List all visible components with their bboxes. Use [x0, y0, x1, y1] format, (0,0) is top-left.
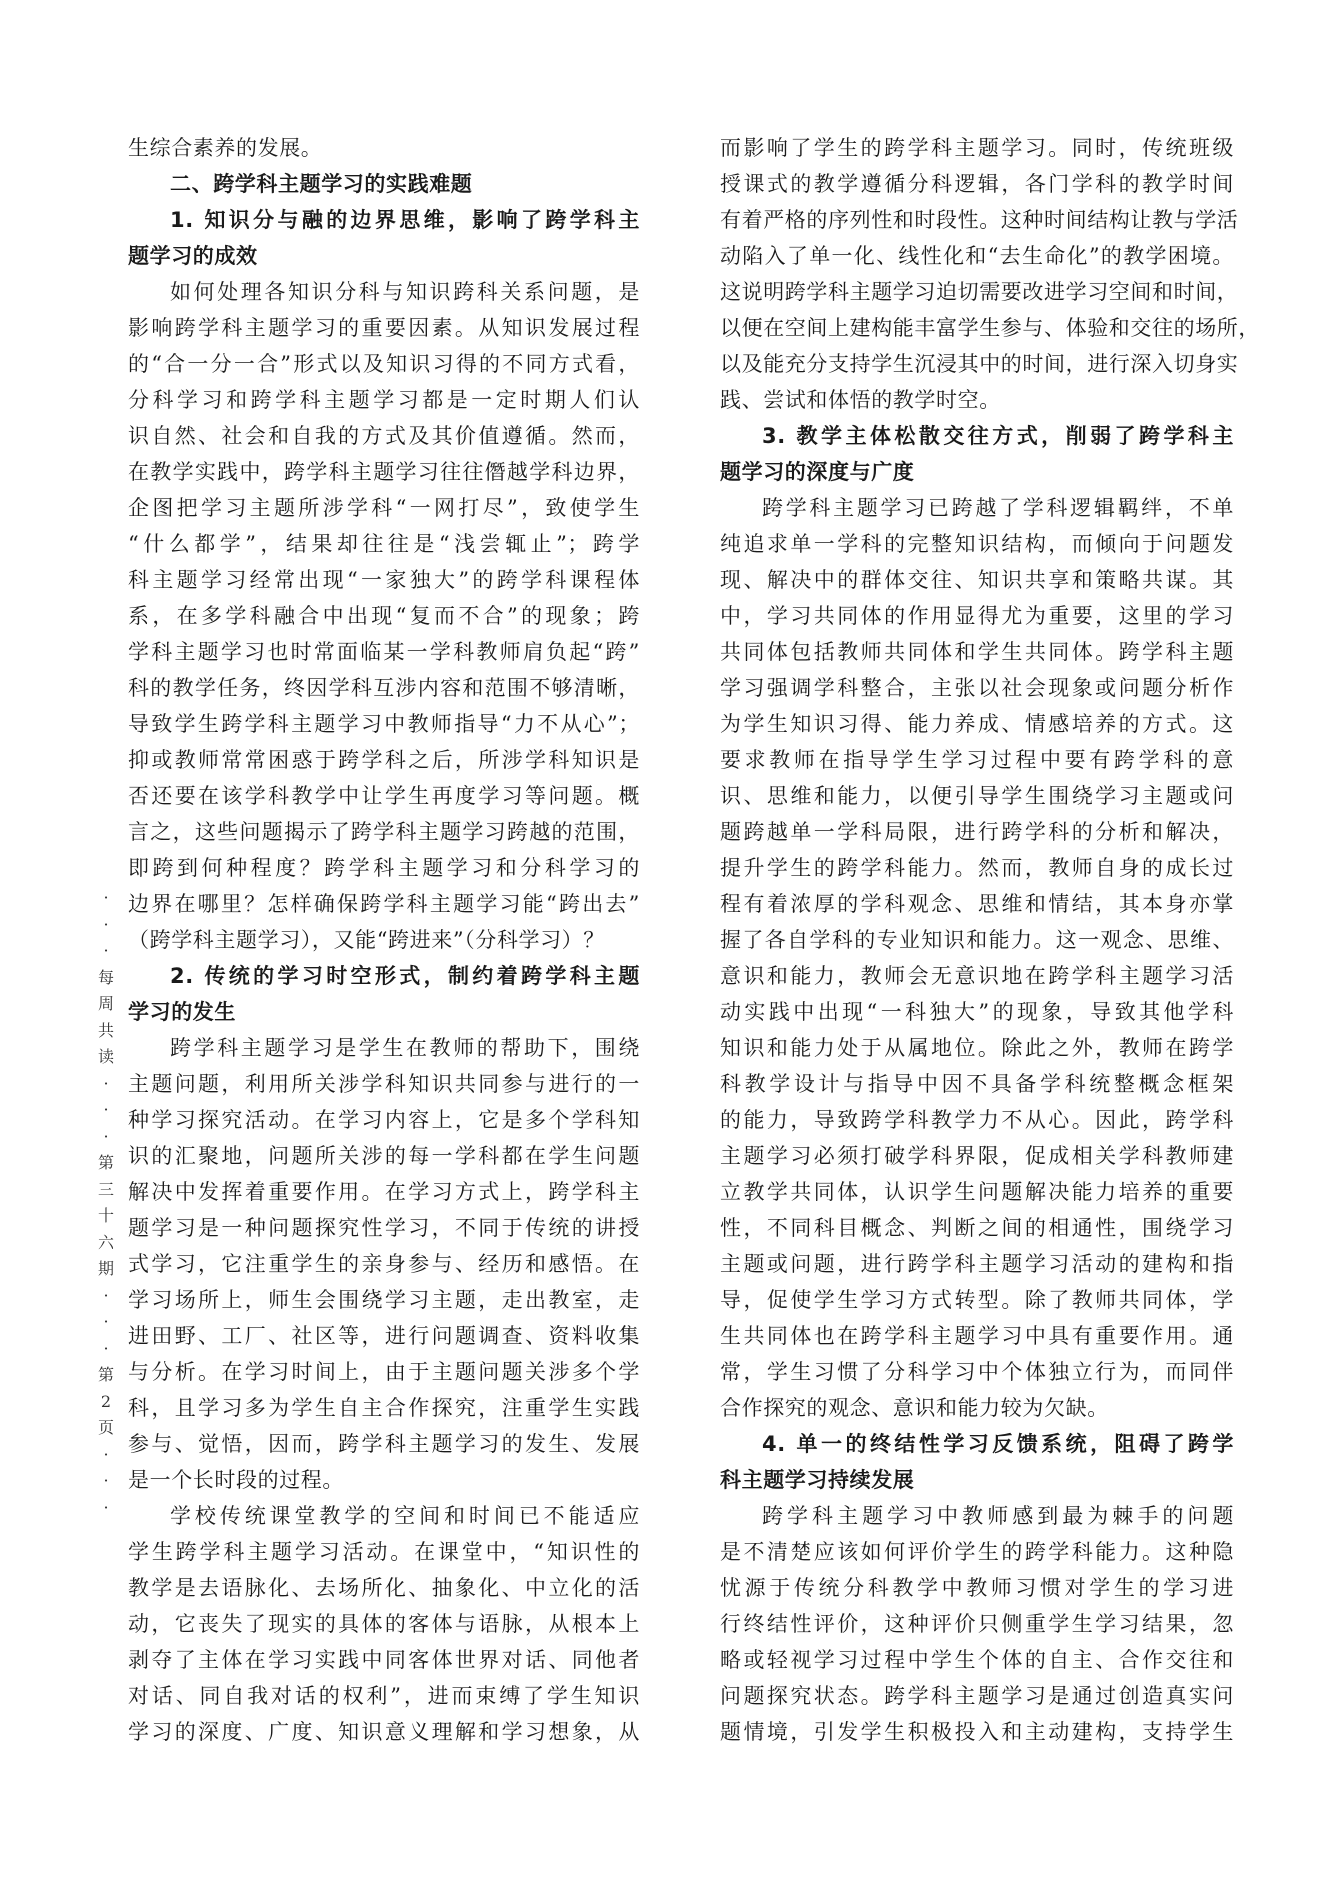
- text-line: 的能力，导致跨学科教学力不从心。因此，跨学科: [720, 1102, 1234, 1138]
- margin-char: 页: [96, 1415, 116, 1442]
- text-line: 跨学科主题学习是学生在教师的帮助下，围绕: [128, 1030, 640, 1066]
- text-line: 教学是去语脉化、去场所化、抽象化、中立化的活: [128, 1570, 640, 1606]
- vertical-margin-label: ···每周共读···第三十六期···第2页···: [96, 885, 116, 1521]
- text-line: 跨学科主题学习中教师感到最为棘手的问题: [720, 1498, 1234, 1534]
- text-line: 现、解决中的群体交往、知识共享和策略共谋。其: [720, 562, 1234, 598]
- text-line: 以及能充分支持学生沉浸其中的时间，进行深入切身实: [720, 346, 1234, 382]
- text-line: 题学习是一种问题探究性学习，不同于传统的讲授: [128, 1210, 640, 1246]
- margin-char: ·: [96, 1336, 116, 1363]
- left-column: 生综合素养的发展。二、跨学科主题学习的实践难题1. 知识分与融的边界思维，影响了…: [128, 130, 640, 1750]
- margin-char: 第: [96, 1362, 116, 1389]
- text-line: 性，不同科目概念、判断之间的相通性，围绕学习: [720, 1210, 1234, 1246]
- margin-char: ·: [96, 885, 116, 912]
- section-heading-line: 3. 教学主体松散交往方式，削弱了跨学科主: [720, 418, 1234, 454]
- text-line: 忧源于传统分科教学中教师习惯对学生的学习进: [720, 1570, 1234, 1606]
- margin-char: 读: [96, 1044, 116, 1071]
- text-line: 如何处理各知识分科与知识跨科关系问题，是: [128, 274, 640, 310]
- text-line: 在教学实践中，跨学科主题学习往往僭越学科边界，: [128, 454, 640, 490]
- text-line: 科，且学习多为学生自主合作探究，注重学生实践: [128, 1390, 640, 1426]
- text-line: 提升学生的跨学科能力。然而，教师自身的成长过: [720, 850, 1234, 886]
- text-line: 跨学科主题学习已跨越了学科逻辑羁绊，不单: [720, 490, 1234, 526]
- section-heading-line: 学习的发生: [128, 994, 640, 1030]
- text-line: 纯追求单一学科的完整知识结构，而倾向于问题发: [720, 526, 1234, 562]
- text-line: 学习强调学科整合，主张以社会现象或问题分析作: [720, 670, 1234, 706]
- text-line: 否还要在该学科教学中让学生再度学习等问题。概: [128, 778, 640, 814]
- margin-char: ·: [96, 912, 116, 939]
- text-line: 是一个长时段的过程。: [128, 1462, 640, 1498]
- text-line: 识、思维和能力，以便引导学生围绕学习主题或问: [720, 778, 1234, 814]
- text-line: 参与、觉悟，因而，跨学科主题学习的发生、发展: [128, 1426, 640, 1462]
- text-line: 动实践中出现“一科独大”的现象，导致其他学科: [720, 994, 1234, 1030]
- text-line: 践、尝试和体悟的教学时空。: [720, 382, 1234, 418]
- margin-char: ·: [96, 1468, 116, 1495]
- text-line: 题情境，引发学生积极投入和主动建构，支持学生: [720, 1714, 1234, 1750]
- text-line: 立教学共同体，认识学生问题解决能力培养的重要: [720, 1174, 1234, 1210]
- text-line: 动，它丧失了现实的具体的客体与语脉，从根本上: [128, 1606, 640, 1642]
- text-line: 识的汇聚地，问题所关涉的每一学科都在学生问题: [128, 1138, 640, 1174]
- text-line: 中，学习共同体的作用显得尤为重要，这里的学习: [720, 598, 1234, 634]
- text-line: 行终结性评价，这种评价只侧重学生学习结果，忽: [720, 1606, 1234, 1642]
- text-line: 要求教师在指导学生学习过程中要有跨学科的意: [720, 742, 1234, 778]
- text-line: 进田野、工厂、社区等，进行问题调查、资料收集: [128, 1318, 640, 1354]
- margin-char: 2: [96, 1389, 116, 1416]
- margin-char: 第: [96, 1150, 116, 1177]
- text-line: 这说明跨学科主题学习迫切需要改进学习空间和时间，: [720, 274, 1234, 310]
- text-line: 与分析。在学习时间上，由于主题问题关涉多个学: [128, 1354, 640, 1390]
- text-line: （跨学科主题学习），又能“跨进来”（分科学习）？: [128, 922, 640, 958]
- text-line: 的“合一分一合”形式以及知识习得的不同方式看，: [128, 346, 640, 382]
- text-line: 即跨到何种程度？跨学科主题学习和分科学习的: [128, 850, 640, 886]
- text-line: 种学习探究活动。在学习内容上，它是多个学科知: [128, 1102, 640, 1138]
- text-line: 言之，这些问题揭示了跨学科主题学习跨越的范围，: [128, 814, 640, 850]
- margin-char: 共: [96, 1018, 116, 1045]
- text-line: 学习的深度、广度、知识意义理解和学习想象，从: [128, 1714, 640, 1750]
- text-line: 常，学生习惯了分科学习中个体独立行为，而同伴: [720, 1354, 1234, 1390]
- text-line: 主题或问题，进行跨学科主题学习活动的建构和指: [720, 1246, 1234, 1282]
- margin-char: 周: [96, 991, 116, 1018]
- text-line: 学科主题学习也时常面临某一学科教师肩负起“跨”: [128, 634, 640, 670]
- margin-char: ·: [96, 1283, 116, 1310]
- text-line: 题跨越单一学科局限，进行跨学科的分析和解决，: [720, 814, 1234, 850]
- section-heading-line: 1. 知识分与融的边界思维，影响了跨学科主: [128, 202, 640, 238]
- text-line: 影响跨学科主题学习的重要因素。从知识发展过程: [128, 310, 640, 346]
- text-line: 动陷入了单一化、线性化和“去生命化”的教学困境。: [720, 238, 1234, 274]
- text-line: 意识和能力，教师会无意识地在跨学科主题学习活: [720, 958, 1234, 994]
- text-line: 握了各自学科的专业知识和能力。这一观念、思维、: [720, 922, 1234, 958]
- margin-char: ·: [96, 1495, 116, 1522]
- margin-char: 期: [96, 1256, 116, 1283]
- margin-char: ·: [96, 1124, 116, 1151]
- text-line: 企图把学习主题所涉学科“一网打尽”，致使学生: [128, 490, 640, 526]
- text-line: 学生跨学科主题学习活动。在课堂中，“知识性的: [128, 1534, 640, 1570]
- section-heading-line: 题学习的深度与广度: [720, 454, 1234, 490]
- margin-char: ·: [96, 1071, 116, 1098]
- section-heading-line: 4. 单一的终结性学习反馈系统，阻碍了跨学: [720, 1426, 1234, 1462]
- section-heading-line: 科主题学习持续发展: [720, 1462, 1234, 1498]
- right-column: 而影响了学生的跨学科主题学习。同时，传统班级授课式的教学遵循分科逻辑，各门学科的…: [720, 130, 1234, 1750]
- text-line: 抑或教师常常困惑于跨学科之后，所涉学科知识是: [128, 742, 640, 778]
- text-line: 有着严格的序列性和时段性。这种时间结构让教与学活: [720, 202, 1234, 238]
- margin-char: ·: [96, 1309, 116, 1336]
- text-line: 系，在多学科融合中出现“复而不合”的现象；跨: [128, 598, 640, 634]
- text-line: 略或轻视学习过程中学生个体的自主、合作交往和: [720, 1642, 1234, 1678]
- text-line: 导，促使学生学习方式转型。除了教师共同体，学: [720, 1282, 1234, 1318]
- text-line: 解决中发挥着重要作用。在学习方式上，跨学科主: [128, 1174, 640, 1210]
- text-line: 主题问题，利用所关涉学科知识共同参与进行的一: [128, 1066, 640, 1102]
- text-line: 是不清楚应该如何评价学生的跨学科能力。这种隐: [720, 1534, 1234, 1570]
- text-line: 知识和能力处于从属地位。除此之外，教师在跨学: [720, 1030, 1234, 1066]
- margin-char: 十: [96, 1203, 116, 1230]
- text-line: 识自然、社会和自我的方式及其价值遵循。然而，: [128, 418, 640, 454]
- text-line: 为学生知识习得、能力养成、情感培养的方式。这: [720, 706, 1234, 742]
- text-line: 学校传统课堂教学的空间和时间已不能适应: [128, 1498, 640, 1534]
- text-line: 主题学习必须打破学科界限，促成相关学科教师建: [720, 1138, 1234, 1174]
- text-line: 分科学习和跨学科主题学习都是一定时期人们认: [128, 382, 640, 418]
- text-line: 合作探究的观念、意识和能力较为欠缺。: [720, 1390, 1234, 1426]
- text-line: 生综合素养的发展。: [128, 130, 640, 166]
- text-line: 生共同体也在跨学科主题学习中具有重要作用。通: [720, 1318, 1234, 1354]
- margin-char: ·: [96, 1442, 116, 1469]
- section-heading-line: 题学习的成效: [128, 238, 640, 274]
- text-line: 科的教学任务，终因学科互涉内容和范围不够清晰，: [128, 670, 640, 706]
- text-line: 对话、同自我对话的权利”，进而束缚了学生知识: [128, 1678, 640, 1714]
- text-line: 科主题学习经常出现“一家独大”的跨学科课程体: [128, 562, 640, 598]
- text-line: 以便在空间上建构能丰富学生参与、体验和交往的场所，: [720, 310, 1234, 346]
- text-line: 而影响了学生的跨学科主题学习。同时，传统班级: [720, 130, 1234, 166]
- text-line: “什么都学”，结果却往往是“浅尝辄止”；跨学: [128, 526, 640, 562]
- margin-char: ·: [96, 938, 116, 965]
- text-line: 共同体包括教师共同体和学生共同体。跨学科主题: [720, 634, 1234, 670]
- section-heading-line: 2. 传统的学习时空形式，制约着跨学科主题: [128, 958, 640, 994]
- margin-char: 六: [96, 1230, 116, 1257]
- margin-char: ·: [96, 1097, 116, 1124]
- text-line: 问题探究状态。跨学科主题学习是通过创造真实问: [720, 1678, 1234, 1714]
- margin-char: 三: [96, 1177, 116, 1204]
- text-line: 边界在哪里？怎样确保跨学科主题学习能“跨出去”: [128, 886, 640, 922]
- text-line: 剥夺了主体在学习实践中同客体世界对话、同他者: [128, 1642, 640, 1678]
- document-page: ···每周共读···第三十六期···第2页··· 生综合素养的发展。二、跨学科主…: [0, 0, 1339, 1894]
- text-line: 式学习，它注重学生的亲身参与、经历和感悟。在: [128, 1246, 640, 1282]
- text-line: 导致学生跨学科主题学习中教师指导“力不从心”；: [128, 706, 640, 742]
- margin-char: 每: [96, 965, 116, 992]
- section-heading-line: 二、跨学科主题学习的实践难题: [128, 166, 640, 202]
- text-line: 授课式的教学遵循分科逻辑，各门学科的教学时间: [720, 166, 1234, 202]
- text-line: 程有着浓厚的学科观念、思维和情结，其本身亦掌: [720, 886, 1234, 922]
- text-line: 科教学设计与指导中因不具备学科统整概念框架: [720, 1066, 1234, 1102]
- text-line: 学习场所上，师生会围绕学习主题，走出教室，走: [128, 1282, 640, 1318]
